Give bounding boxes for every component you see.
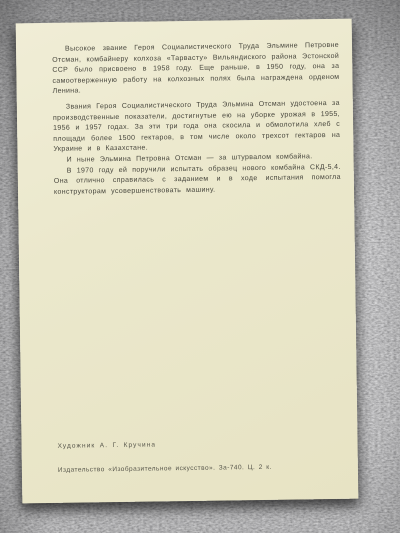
artist-credit: Художник А. Г. Кручина	[58, 439, 345, 450]
paragraph-biography-1: Высокое звание Героя Социалистического Т…	[52, 41, 340, 98]
paragraph-biography-4: В 1970 году ей поручили испытать образец…	[54, 162, 341, 198]
description-text-block: Высокое звание Героя Социалистического Т…	[16, 19, 354, 199]
imprint-block: Художник А. Г. Кручина Издательство «Изо…	[58, 439, 345, 474]
paragraph-biography-2: Звания Героя Социалистического Труда Эль…	[53, 99, 341, 156]
publisher-credit: Издательство «Изобразительное искусство»…	[58, 463, 345, 474]
photo-scene: Высокое звание Героя Социалистического Т…	[0, 0, 400, 533]
postcard-back: Высокое звание Героя Социалистического Т…	[16, 19, 359, 504]
